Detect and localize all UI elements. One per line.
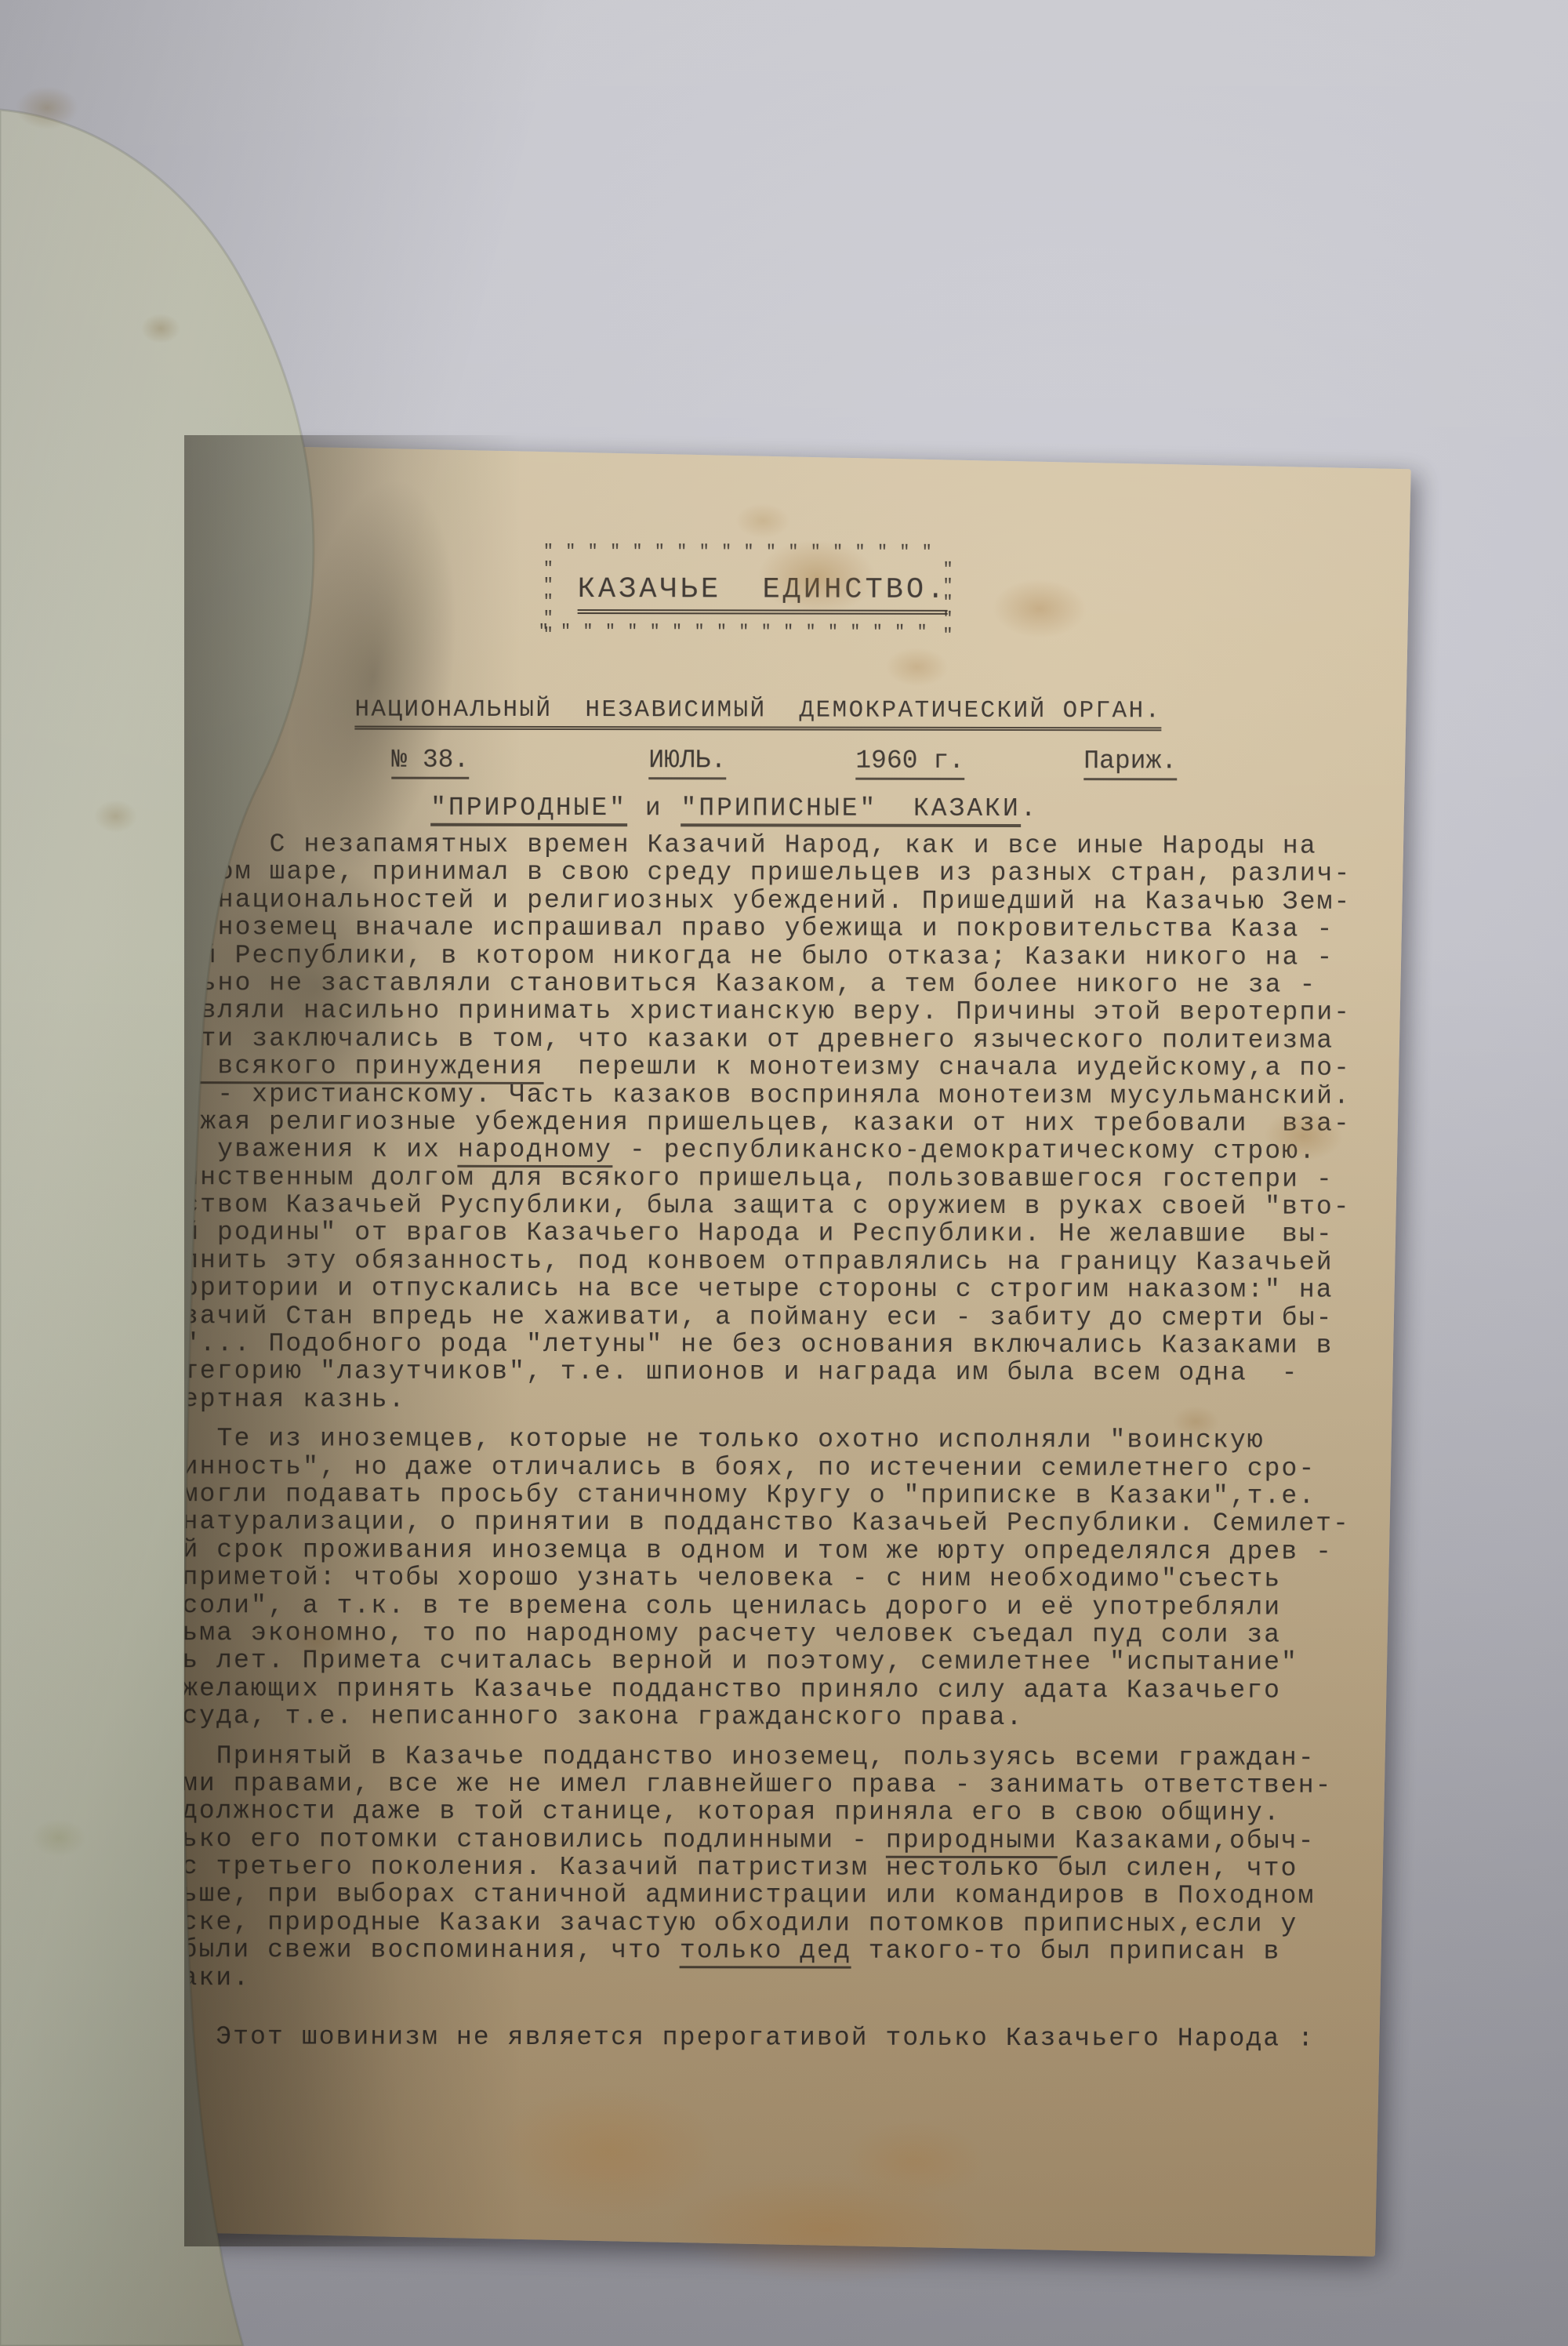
photo-backdrop: " " " " " " " " " " " " " " " " " " " " … [0,0,1568,2346]
book-cover [0,0,1568,2346]
